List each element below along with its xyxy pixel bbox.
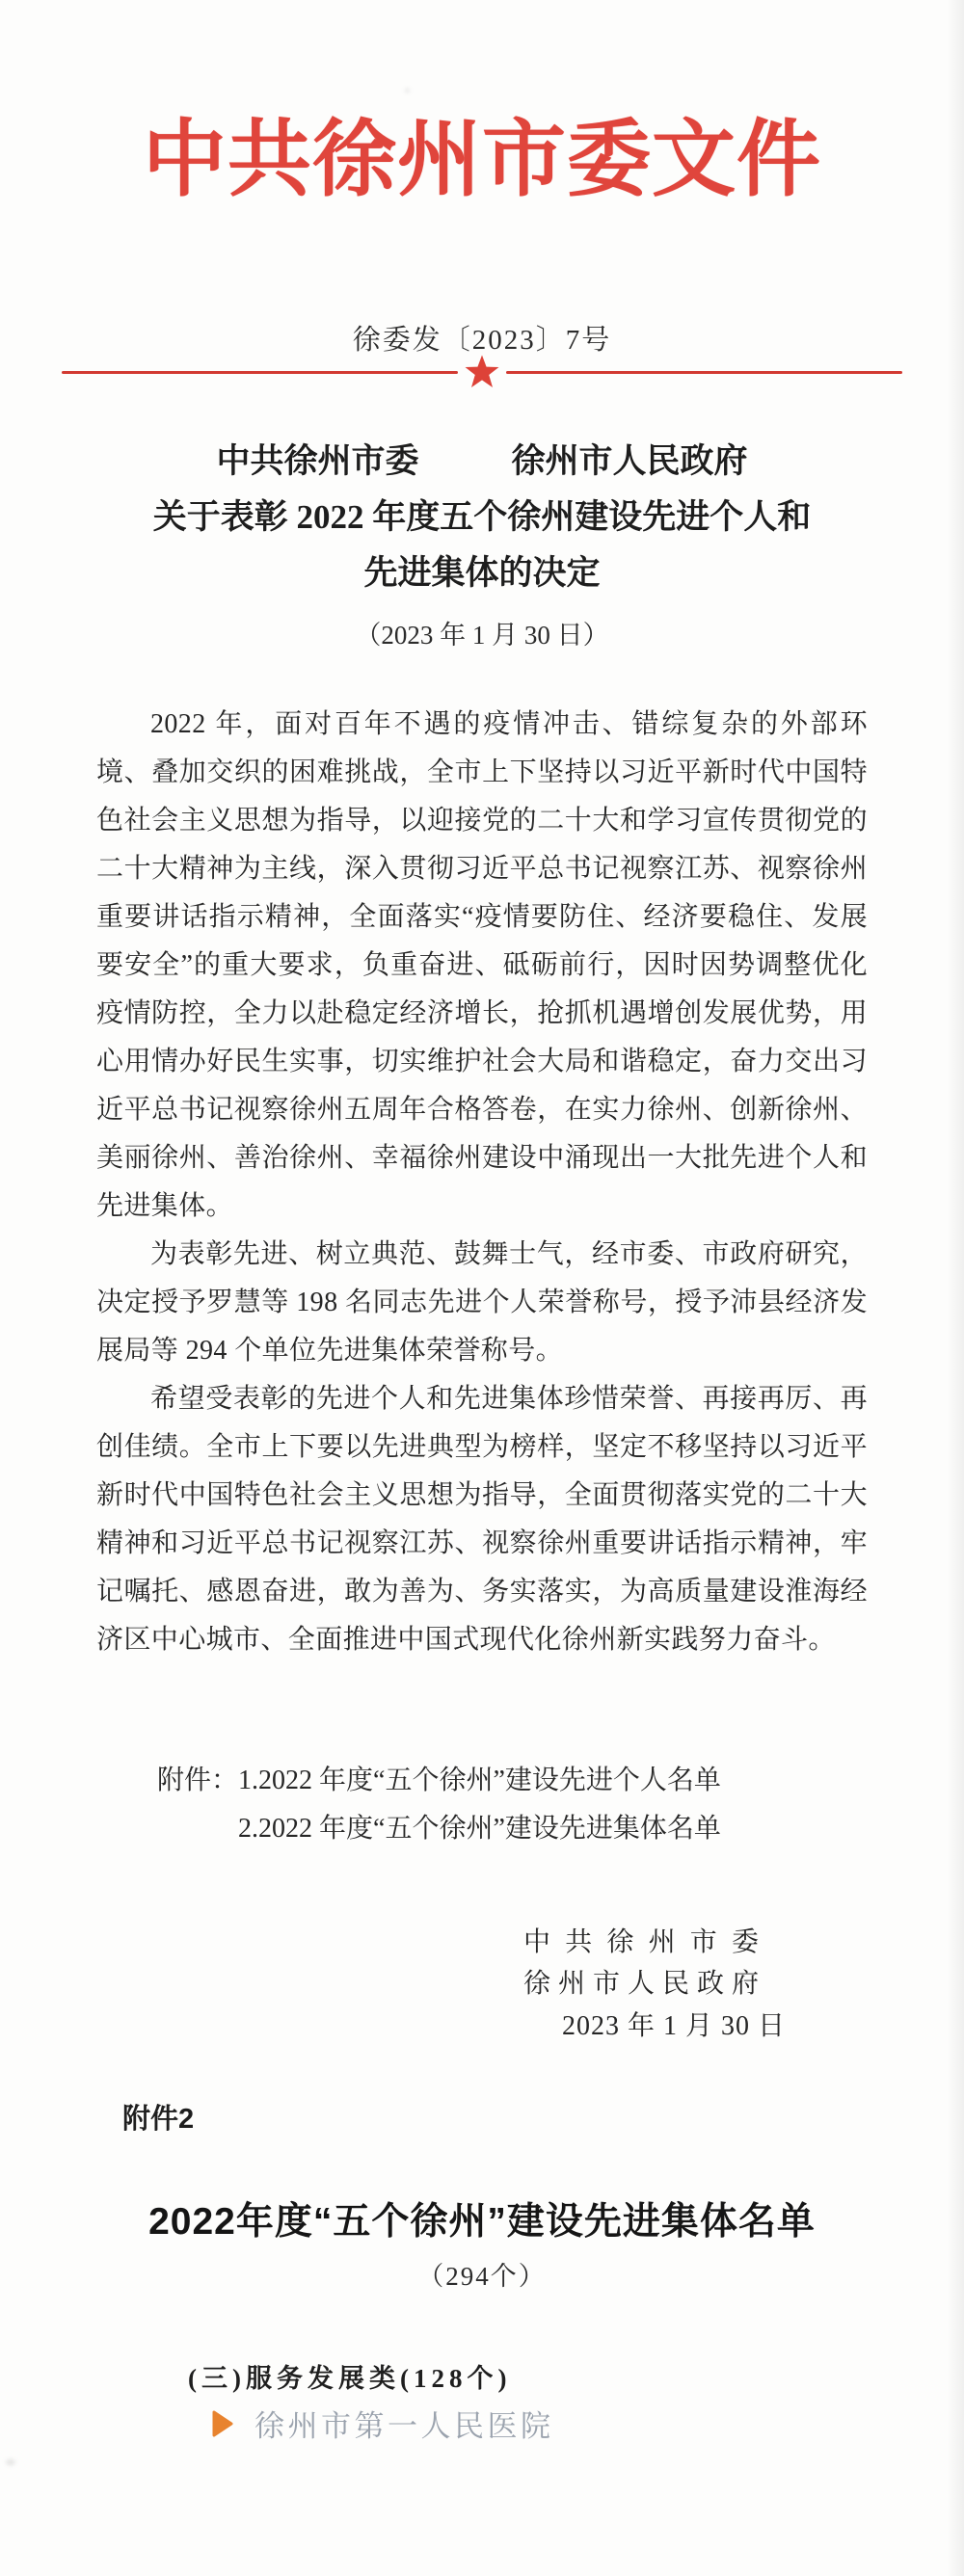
list-item-label: 徐州市第一人民医院 <box>254 2402 554 2445</box>
title-issuer-party: 中共徐州市委 <box>216 434 418 490</box>
document-title: 中共徐州市委 徐州市人民政府 关于表彰 2022 年度五个徐州建设先进个人和 先… <box>0 434 964 601</box>
attachments-block: 附件： 1.2022 年度“五个徐州”建设先进个人名单 2.2022 年度“五个… <box>157 1757 721 1853</box>
scan-speck <box>405 89 410 93</box>
document-page: 中共徐州市委文件 徐委发〔2023〕7号 中共徐州市委 徐州市人民政府 关于表彰… <box>0 0 964 2576</box>
red-star-icon <box>463 353 501 391</box>
red-rule-right <box>506 371 902 374</box>
signature-block: 中共徐州市委 徐州市人民政府 2023 年 1 月 30 日 <box>523 1922 786 2048</box>
red-divider-rule <box>62 353 902 391</box>
signature-date: 2023 年 1 月 30 日 <box>523 2005 786 2048</box>
attachment-item: 1.2022 年度“五个徐州”建设先进个人名单 <box>238 1757 721 1805</box>
appendix-title: 2022年度“五个徐州”建设先进集体名单 <box>0 2191 964 2245</box>
document-body: 2022 年，面对百年不遇的疫情冲击、错综复杂的外部环境、叠加交织的困难挑战，全… <box>96 701 868 1664</box>
red-rule-left <box>62 371 458 374</box>
body-paragraph: 希望受表彰的先进个人和先进集体珍惜荣誉、再接再厉、再创佳绩。全市上下要以先进典型… <box>96 1375 868 1664</box>
body-paragraph: 2022 年，面对百年不遇的疫情冲击、错综复杂的外部环境、叠加交织的困难挑战，全… <box>96 701 868 1231</box>
signature-party-committee: 中共徐州市委 <box>523 1922 759 1963</box>
document-masthead: 中共徐州市委文件 <box>0 114 964 206</box>
document-date: （2023 年 1 月 30 日） <box>0 614 964 651</box>
attachments-items: 1.2022 年度“五个徐州”建设先进个人名单 2.2022 年度“五个徐州”建… <box>238 1757 721 1853</box>
attachments-label: 附件： <box>157 1757 238 1853</box>
title-line-3: 先进集体的决定 <box>0 545 964 601</box>
title-issuers: 中共徐州市委 徐州市人民政府 <box>0 434 964 490</box>
attachment-item: 2.2022 年度“五个徐州”建设先进集体名单 <box>238 1805 721 1853</box>
scan-speck <box>6 2459 15 2465</box>
appendix-section-heading: (三)服务发展类(128个) <box>188 2357 511 2395</box>
orange-triangle-marker-icon <box>211 2409 234 2438</box>
document-number: 徐委发〔2023〕7号 <box>0 318 964 358</box>
title-issuer-government: 徐州市人民政府 <box>512 434 748 490</box>
list-item-highlighted[interactable]: 徐州市第一人民医院 <box>211 2402 554 2445</box>
appendix-label: 附件2 <box>122 2097 194 2137</box>
title-line-2: 关于表彰 2022 年度五个徐州建设先进个人和 <box>0 490 964 545</box>
appendix-count: （294个） <box>0 2255 964 2293</box>
body-paragraph: 为表彰先进、树立典范、鼓舞士气，经市委、市政府研究，决定授予罗慧等 198 名同… <box>96 1231 868 1375</box>
signature-government: 徐州市人民政府 <box>523 1963 759 2005</box>
